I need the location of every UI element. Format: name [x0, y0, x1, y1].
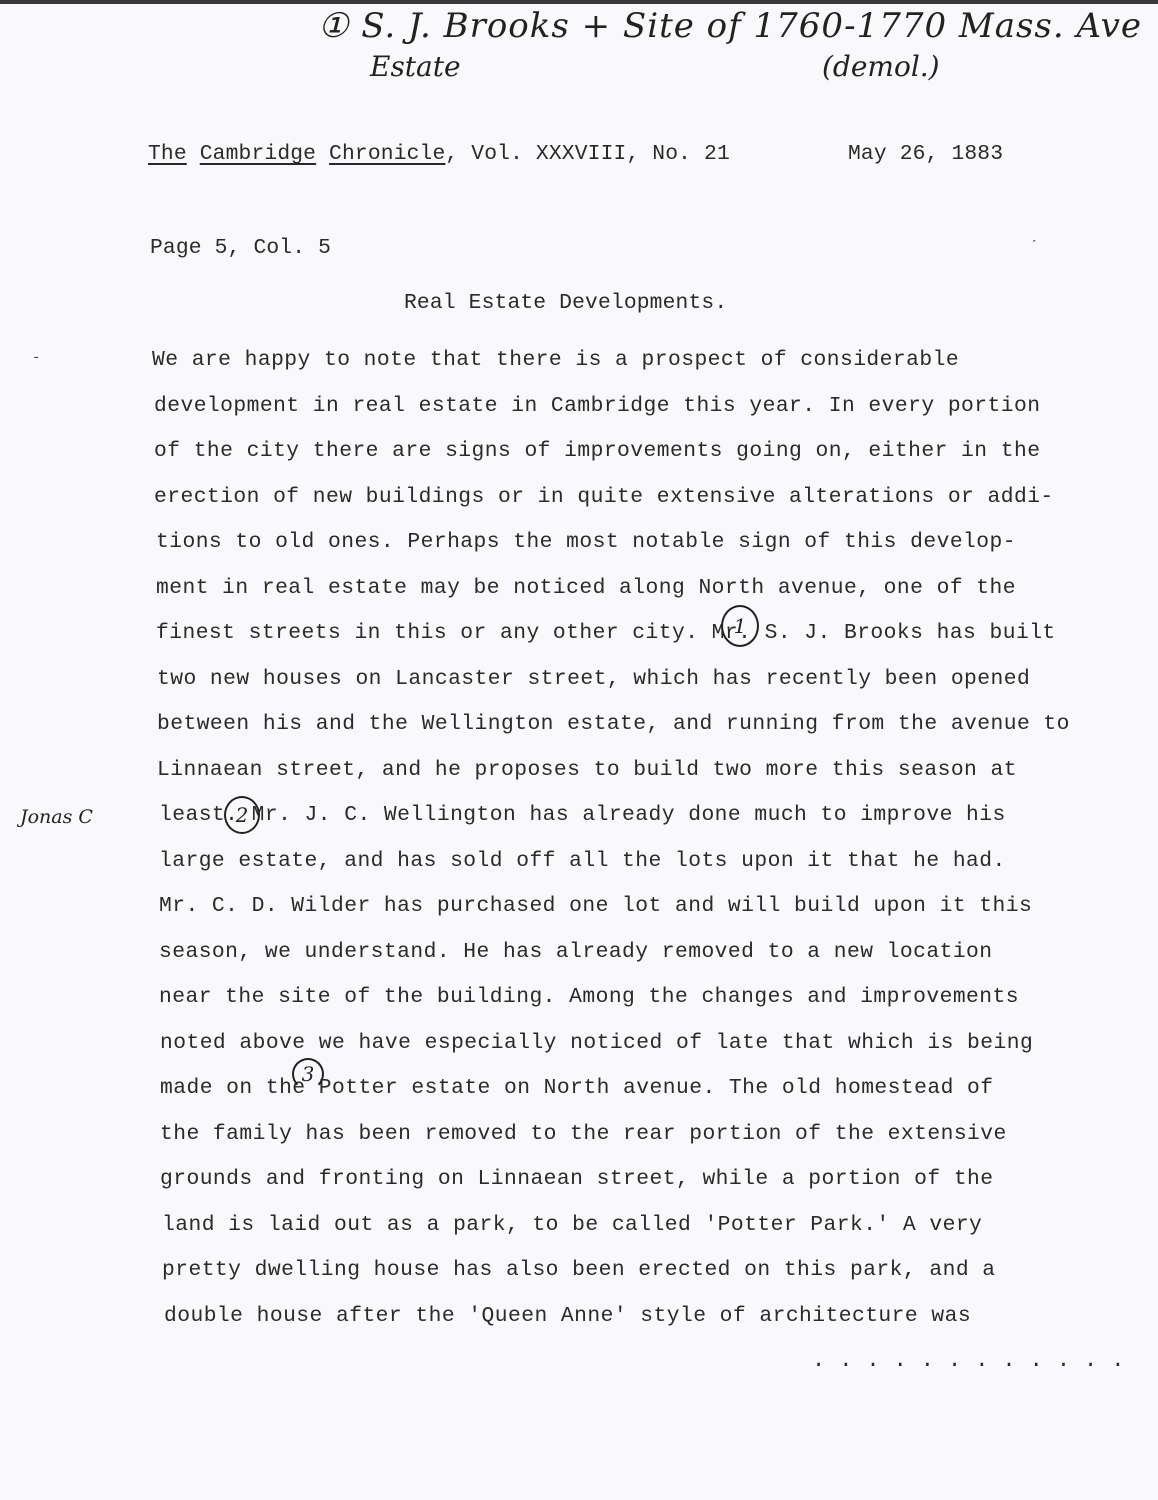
article-line: noted above we have especially noticed o… [160, 1031, 1033, 1055]
article-line: double house after the 'Queen Anne' styl… [164, 1304, 971, 1328]
handwritten-note-estate: Estate [370, 50, 461, 83]
article-line: the family has been removed to the rear … [160, 1122, 1007, 1146]
handwritten-margin-note: Jonas C [20, 806, 93, 828]
article-line: tions to old ones. Perhaps the most nota… [156, 530, 1016, 554]
circled-mark-2: 2 [224, 796, 260, 834]
masthead-word: The [148, 142, 187, 166]
article-line: grounds and fronting on Linnaean street,… [160, 1167, 994, 1191]
article-line: between his and the Wellington estate, a… [157, 712, 1070, 736]
masthead-word: Chronicle [329, 142, 445, 166]
masthead-word: Cambridge [200, 142, 316, 166]
issue-date: May 26, 1883 [848, 142, 1003, 166]
article-line: near the site of the building. Among the… [159, 985, 1019, 1009]
continuation-dots: ............ [812, 1348, 1138, 1373]
article-line: two new houses on Lancaster street, whic… [157, 667, 1030, 691]
volume-number: , Vol. XXXVIII, No. 21 [445, 142, 729, 166]
article-line: ment in real estate may be noticed along… [156, 576, 1016, 600]
masthead: The Cambridge Chronicle, Vol. XXXVIII, N… [148, 142, 730, 166]
circled-mark-1: 1 [721, 605, 759, 647]
document-page: ① S. J. Brooks + Site of 1760-1770 Mass.… [0, 0, 1158, 1500]
article-headline: Real Estate Developments. [404, 291, 727, 315]
stray-mark: - [32, 350, 40, 366]
stray-mark: ˏ [1030, 228, 1038, 244]
handwritten-note-title: ① S. J. Brooks + Site of 1760-1770 Mass.… [318, 6, 1142, 46]
handwritten-note-demolished: (demol.) [822, 50, 940, 83]
article-line: Mr. C. D. Wilder has purchased one lot a… [159, 894, 1032, 918]
scan-edge [0, 0, 1158, 4]
article-line: least. Mr. J. C. Wellington has already … [159, 803, 1006, 827]
article-line: large estate, and has sold off all the l… [159, 849, 1006, 873]
article-line: Linnaean street, and he proposes to buil… [157, 758, 1017, 782]
page-column-reference: Page 5, Col. 5 [150, 236, 331, 260]
article-line: of the city there are signs of improveme… [154, 439, 1040, 463]
article-line: We are happy to note that there is a pro… [152, 348, 959, 372]
article-line: erection of new buildings or in quite ex… [154, 485, 1054, 509]
article-line: finest streets in this or any other city… [156, 621, 1056, 645]
circled-mark-3: 3 [292, 1058, 324, 1090]
article-line: made on the Potter estate on North avenu… [160, 1076, 994, 1100]
article-line: season, we understand. He has already re… [159, 940, 993, 964]
article-line: land is laid out as a park, to be called… [162, 1213, 982, 1237]
article-line: development in real estate in Cambridge … [154, 394, 1040, 418]
article-line: pretty dwelling house has also been erec… [162, 1258, 996, 1282]
